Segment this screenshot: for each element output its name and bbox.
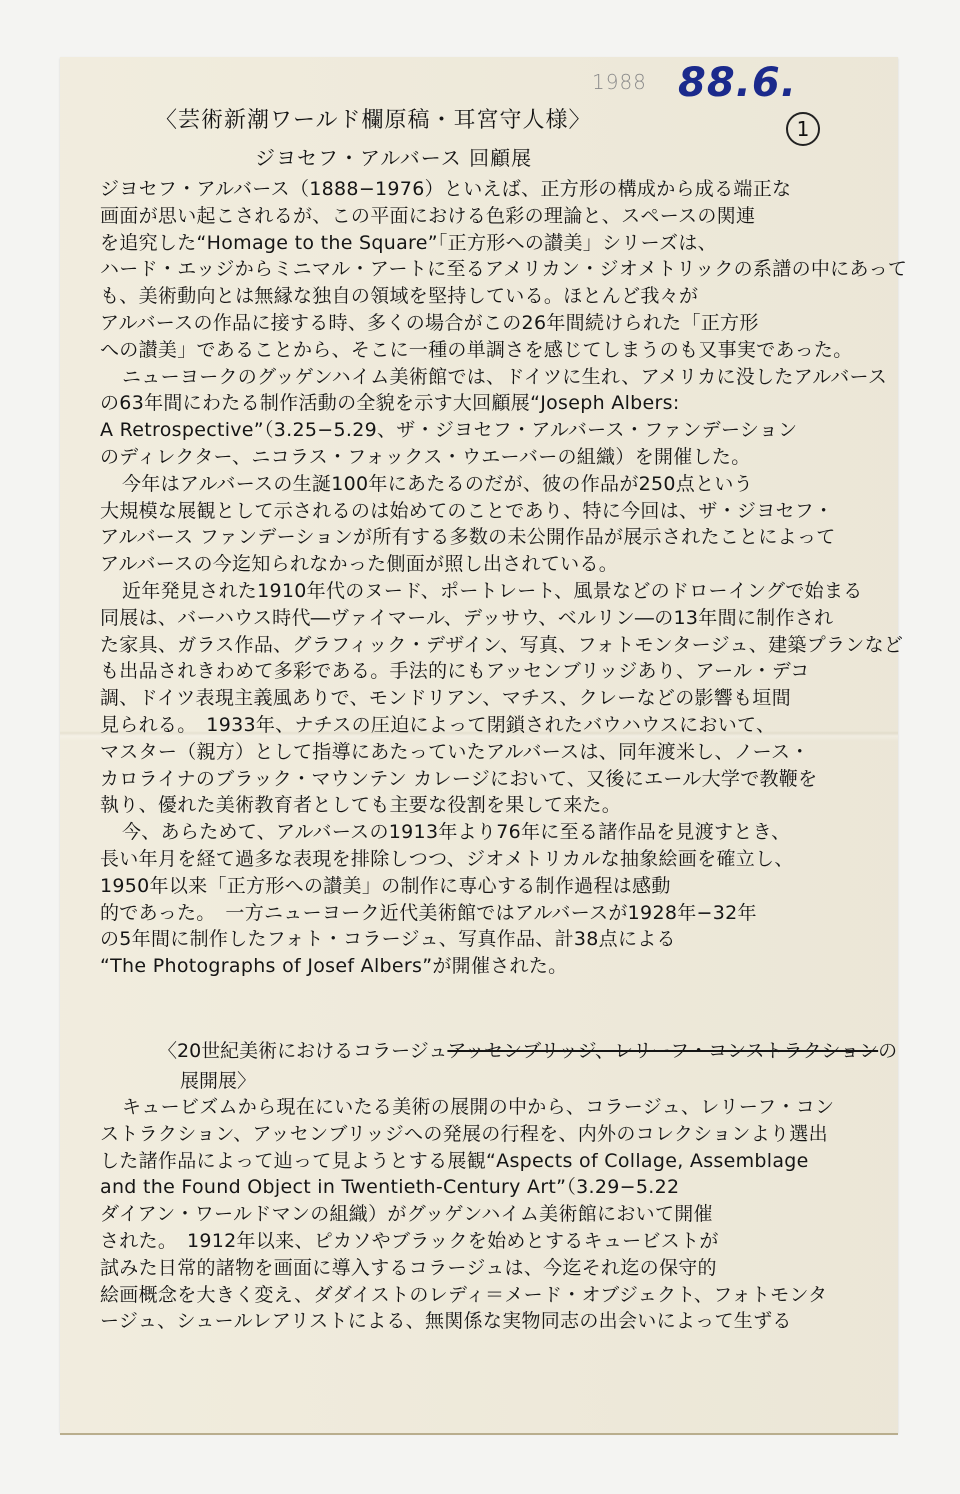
article-subtitle: ジヨセフ・アルバース 回顧展	[255, 142, 532, 171]
text-line: ストラクション、アッセンブリッジへの発展の行程を、内外のコレクションより選出	[100, 1121, 870, 1148]
text-line: “The Photographs of Josef Albers”が開催された。	[100, 953, 870, 980]
section2-heading-line2: 展開展〉	[158, 1066, 897, 1096]
text-line: ジヨセフ・アルバース（1888−1976）といえば、正方形の構成から成る端正な	[100, 176, 870, 203]
section2-heading-suffix: の	[878, 1040, 897, 1062]
text-line: 1950年以来「正方形への讃美」の制作に専心する制作過程は感動	[100, 873, 870, 900]
text-line: た家具、ガラス作品、グラフィック・デザイン、写真、フォトモンタージュ、建築プラン…	[100, 632, 870, 659]
text-line: 長い年月を経て過多な表現を排除しつつ、ジオメトリカルな抽象絵画を確立し、	[100, 846, 870, 873]
text-line: 見られる。 1933年、ナチスの圧迫によって閉鎖されたバウハウスにおいて、	[100, 712, 870, 739]
text-line: した諸作品によって辿って見ようとする展観“Aspects of Collage,…	[100, 1148, 870, 1175]
section2-body: キュービズムから現在にいたる美術の展開の中から、コラージュ、レリーフ・コンストラ…	[100, 1094, 870, 1335]
text-line: 調、ドイツ表現主義風ありで、モンドリアン、マチス、クレーなどの影響も垣間	[100, 685, 870, 712]
text-line: 近年発見された1910年代のヌード、ポートレート、風景などのドローイングで始まる	[100, 578, 870, 605]
text-line: アルバースの作品に接する時、多くの場合がこの26年間続けられた「正方形	[100, 310, 870, 337]
text-line: の5年間に制作したフォト・コラージュ、写真作品、計38点による	[100, 926, 870, 953]
text-line: キュービズムから現在にいたる美術の展開の中から、コラージュ、レリーフ・コン	[100, 1094, 870, 1121]
section2-heading-prefix: 〈20世紀美術におけるコラージュ	[158, 1040, 447, 1062]
text-line: の63年間にわたる制作活動の全貌を示す大回顧展“Joseph Albers:	[100, 390, 870, 417]
text-line: マスター（親方）として指導にあたっていたアルバースは、同年渡米し、ノース・	[100, 739, 870, 766]
ink-date-note: 88.6.	[678, 60, 797, 106]
text-line: 画面が思い起こされるが、この平面における色彩の理論と、スペースの関連	[100, 203, 870, 230]
text-line: も、美術動向とは無縁な独自の領域を堅持している。ほとんど我々が	[100, 283, 870, 310]
text-line: 同展は、バーハウス時代―ヴァイマール、デッサウ、ベルリン―の13年間に制作され	[100, 605, 870, 632]
pencil-year-note: 1988	[592, 70, 647, 94]
text-line: A Retrospective”（3.25−5.29、ザ・ジヨセフ・アルバース・…	[100, 417, 870, 444]
text-line: を追究した“Homage to the Square”「正方形への讃美」シリーズ…	[100, 230, 870, 257]
text-line: カロライナのブラック・マウンテン カレージにおいて、又後にエール大学で教鞭を	[100, 766, 870, 793]
section2-heading: 〈20世紀美術におけるコラージュアッセンブリッジ、レリーフ・コンストラクションの…	[158, 1036, 897, 1096]
text-line: 絵画概念を大きく変え、ダダイストのレディ＝メード・オブジェクト、フォトモンタ	[100, 1282, 870, 1309]
text-line: アルバースの今迄知られなかった側面が照し出されている。	[100, 551, 870, 578]
text-line: のディレクター、ニコラス・フォックス・ウエーバーの組織）を開催した。	[100, 444, 870, 471]
text-line: ダイアン・ワールドマンの組織）がグッゲンハイム美術館において開催	[100, 1201, 870, 1228]
section1-body: ジヨセフ・アルバース（1888−1976）といえば、正方形の構成から成る端正な画…	[100, 176, 870, 980]
text-line: ージュ、シュールレアリストによる、無関係な実物同志の出会いによって生ずる	[100, 1308, 870, 1335]
section2-heading-struck: アッセンブリッジ、レリーフ・コンストラクション	[447, 1040, 878, 1062]
paper-edge	[60, 1433, 898, 1435]
text-line: 今年はアルバースの生誕100年にあたるのだが、彼の作品が250点という	[100, 471, 870, 498]
text-line: 的であった。 一方ニューヨーク近代美術館ではアルバースが1928年−32年	[100, 900, 870, 927]
text-line: への讃美」であることから、そこに一種の単調さを感じてしまうのも又事実であった。	[100, 337, 870, 364]
text-line: 大規模な展観として示されるのは始めてのことであり、特に今回は、ザ・ジヨセフ・	[100, 498, 870, 525]
text-line: ハード・エッジからミニマル・アートに至るアメリカン・ジオメトリックの系譜の中にあ…	[100, 256, 870, 283]
text-line: 執り、優れた美術教育者としても主要な役割を果して来た。	[100, 792, 870, 819]
text-line: and the Found Object in Twentieth-Centur…	[100, 1174, 870, 1201]
text-line: も出品されきわめて多彩である。手法的にもアッセンブリッジあり、アール・デコ	[100, 658, 870, 685]
text-line: ニューヨークのグッゲンハイム美術館では、ドイツに生れ、アメリカに没したアルバース	[100, 364, 870, 391]
text-line: された。 1912年以来、ピカソやブラックを始めとするキュービストが	[100, 1228, 870, 1255]
page-number-circle: 1	[786, 112, 820, 146]
header-title: 〈芸術新潮ワールド欄原稿・耳宮守人様〉	[155, 103, 592, 134]
text-line: 試みた日常的諸物を画面に導入するコラージュは、今迄それ迄の保守的	[100, 1255, 870, 1282]
text-line: アルバース ファンデーションが所有する多数の未公開作品が展示されたことによって	[100, 524, 870, 551]
text-line: 今、あらためて、アルバースの1913年より76年に至る諸作品を見渡すとき、	[100, 819, 870, 846]
